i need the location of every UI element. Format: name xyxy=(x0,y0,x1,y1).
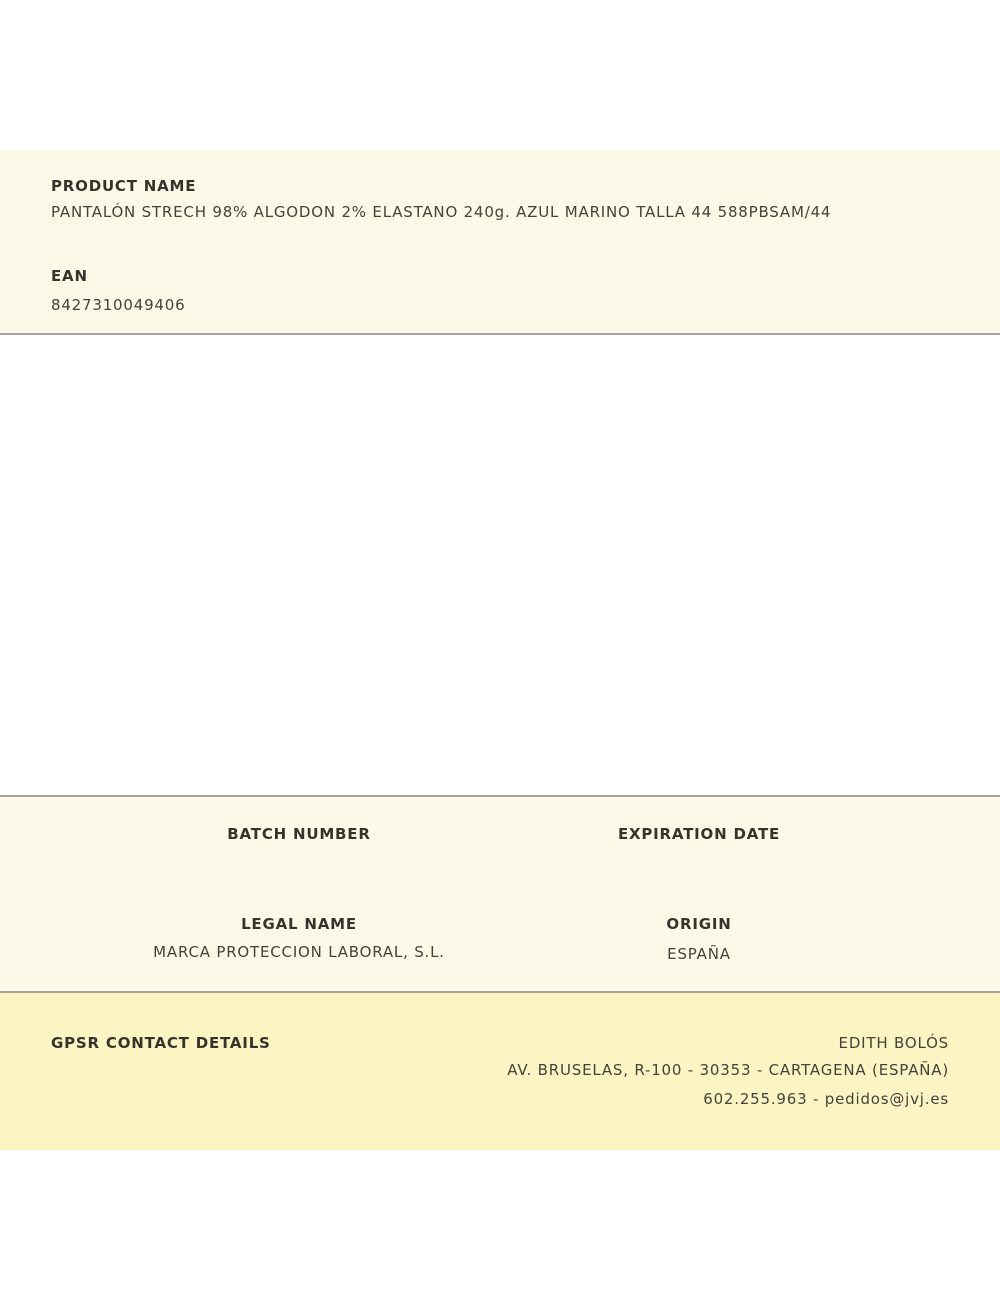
expiration-date-label: EXPIRATION DATE xyxy=(618,825,780,843)
legal-name-label: LEGAL NAME xyxy=(241,915,357,933)
ean-label: EAN xyxy=(51,267,88,285)
contact-name: EDITH BOLÓS xyxy=(839,1034,949,1052)
origin-value: ESPAÑA xyxy=(667,945,731,963)
gpsr-contact-label: GPSR CONTACT DETAILS xyxy=(51,1034,271,1052)
product-name-label: PRODUCT NAME xyxy=(51,177,196,195)
contact-phone-email: 602.255.963 - pedidos@jvj.es xyxy=(703,1090,949,1108)
meta-section: BATCH NUMBER EXPIRATION DATE LEGAL NAME … xyxy=(0,795,1000,993)
gpsr-contact-section: GPSR CONTACT DETAILS EDITH BOLÓS AV. BRU… xyxy=(0,993,1000,1150)
legal-name-value: MARCA PROTECCION LABORAL, S.L. xyxy=(153,943,445,961)
product-label-page: PRODUCT NAME PANTALÓN STRECH 98% ALGODON… xyxy=(0,0,1000,1300)
product-section: PRODUCT NAME PANTALÓN STRECH 98% ALGODON… xyxy=(0,150,1000,335)
batch-number-label: BATCH NUMBER xyxy=(227,825,370,843)
origin-label: ORIGIN xyxy=(666,915,731,933)
product-name-value: PANTALÓN STRECH 98% ALGODON 2% ELASTANO … xyxy=(51,203,831,221)
contact-address: AV. BRUSELAS, R-100 - 30353 - CARTAGENA … xyxy=(507,1061,949,1079)
ean-value: 8427310049406 xyxy=(51,296,185,314)
